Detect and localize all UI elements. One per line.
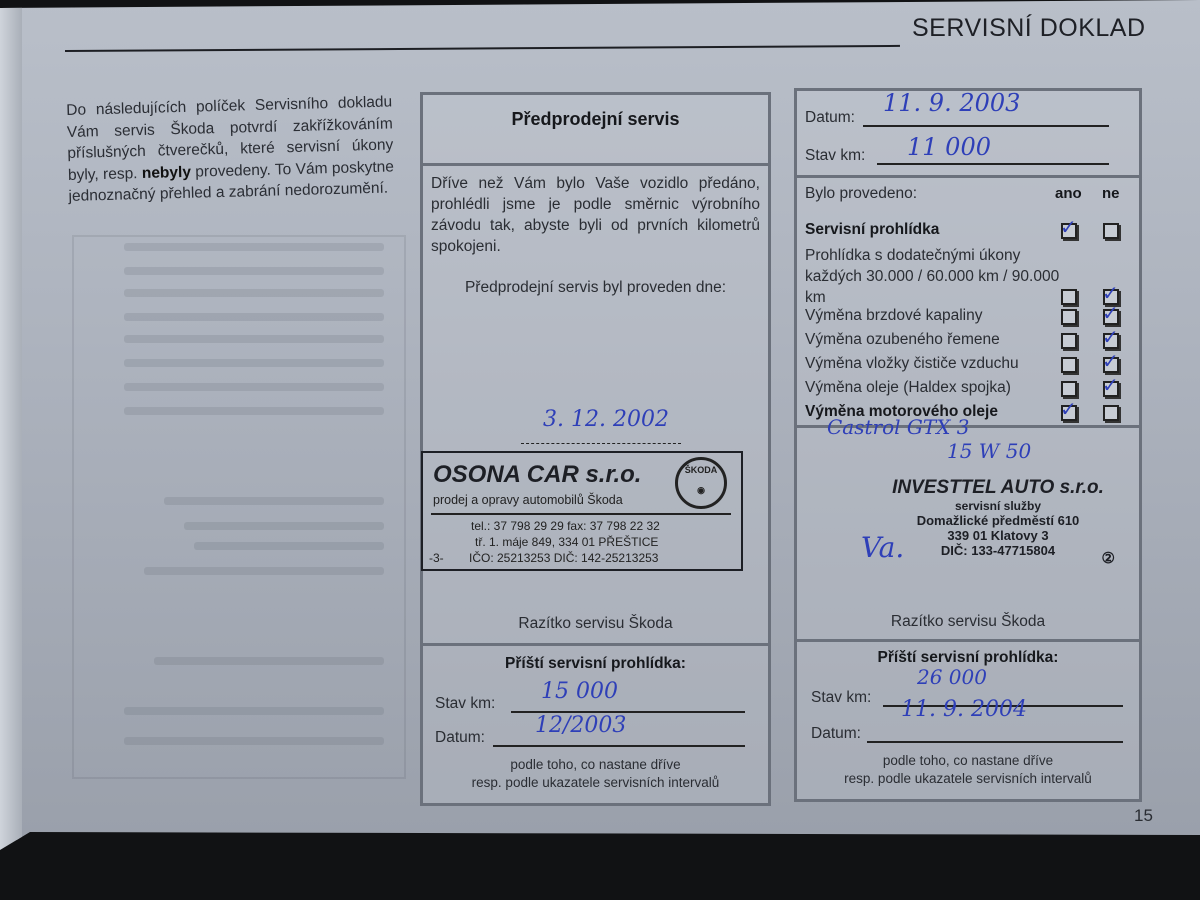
service-item-label: Výměna vložky čističe vzduchu [805, 353, 1060, 374]
servisni-panel: Datum: 11. 9. 2003 Stav km: 11 000 Bylo … [794, 88, 1142, 802]
section-title: SERVISNÍ DOKLAD [912, 14, 1146, 43]
stamp-ids: DIČ: 133-47715804 [873, 543, 1123, 558]
stamp-mark: ② [1102, 549, 1115, 567]
predprodejni-panel: Předprodejní servis Dříve než Vám bylo V… [420, 92, 771, 806]
km-label: Stav km: [805, 147, 865, 165]
checkbox-yes[interactable] [1061, 405, 1077, 421]
intro-text: Do následujících políček Servisního dokl… [66, 91, 395, 207]
column-no: ne [1102, 185, 1120, 202]
next-date-label: Datum: [435, 729, 485, 747]
checkbox-no[interactable] [1103, 333, 1119, 349]
date-value: 11. 9. 2003 [883, 89, 1020, 117]
stamp-company: OSONA CAR s.r.o. [433, 461, 641, 489]
oil-note-1: Castrol GTX 3 [827, 415, 970, 439]
checkbox-yes[interactable] [1061, 309, 1077, 325]
page-edge [0, 0, 22, 860]
stamp-address-1: Domažlické předměstí 610 [873, 513, 1123, 528]
date-label: Datum: [805, 109, 855, 127]
next-service-title: Příští servisní prohlídka: [423, 655, 768, 673]
checkbox-no[interactable] [1103, 223, 1119, 239]
checkbox-no[interactable] [1103, 381, 1119, 397]
osona-car-stamp: OSONA CAR s.r.o. prodej a opravy automob… [421, 451, 743, 571]
predprodejni-description: Dříve než Vám bylo Vaše vozidlo předáno,… [431, 173, 760, 257]
km-value: 11 000 [907, 133, 991, 161]
stamp-label: Razítko servisu Škoda [797, 613, 1139, 631]
investtel-stamp: INVESTTEL AUTO s.r.o. servisní služby Do… [873, 477, 1123, 558]
next-date-value: 12/2003 [535, 713, 626, 738]
stamp-subtitle: prodej a opravy automobilů Škoda [433, 493, 623, 507]
next-km-label: Stav km: [811, 689, 871, 707]
column-yes: ano [1055, 185, 1082, 202]
page-number: 15 [1134, 806, 1153, 826]
next-date-value: 11. 9. 2004 [901, 697, 1027, 722]
stamp-label: Razítko servisu Škoda [423, 615, 768, 633]
next-km-value: 26 000 [917, 665, 987, 689]
service-item-label: Výměna oleje (Haldex spojka) [805, 377, 1060, 398]
next-note-2: resp. podle ukazatele servisních interva… [423, 775, 768, 790]
show-through-ghost [72, 235, 406, 779]
header-rule [65, 45, 900, 52]
next-note-1: podle toho, co nastane dříve [423, 757, 768, 772]
service-item-label: Prohlídka s dodatečnými úkony každých 30… [805, 245, 1065, 308]
stamp-address-2: 339 01 Klatovy 3 [873, 528, 1123, 543]
stamp-subtitle: servisní služby [873, 499, 1123, 513]
service-item-label: Výměna brzdové kapaliny [805, 305, 1060, 326]
checkbox-yes[interactable] [1061, 223, 1077, 239]
stamp-number: -3- [429, 551, 444, 565]
booklet-page: SERVISNÍ DOKLAD Do následujících políček… [0, 0, 1200, 840]
oil-note-2: 15 W 50 [947, 439, 1031, 463]
performed-date-handwritten: 3. 12. 2002 [543, 407, 669, 432]
next-date-label: Datum: [811, 725, 861, 743]
service-item-label: Výměna ozubeného řemene [805, 329, 1060, 350]
next-km-label: Stav km: [435, 695, 495, 713]
skoda-logo-icon: ŠKODA◉ [675, 457, 727, 509]
checkbox-yes[interactable] [1061, 289, 1077, 305]
service-item-label: Servisní prohlídka [805, 219, 1060, 240]
checkbox-no[interactable] [1103, 405, 1119, 421]
next-note-2: resp. podle ukazatele servisních interva… [797, 771, 1139, 786]
next-note-1: podle toho, co nastane dříve [797, 753, 1139, 768]
stamp-address: tř. 1. máje 849, 334 01 PŘEŠTICE [475, 535, 658, 549]
checkbox-yes[interactable] [1061, 357, 1077, 373]
next-km-value: 15 000 [541, 679, 618, 704]
signature: Va. [861, 531, 904, 564]
performed-label: Předprodejní servis byl proveden dne: [423, 279, 768, 297]
intro-emphasis: nebyly [142, 163, 192, 181]
stamp-ids: IČO: 25213253 DIČ: 142-25213253 [469, 551, 658, 565]
checkbox-no[interactable] [1103, 357, 1119, 373]
checkbox-no[interactable] [1103, 309, 1119, 325]
checkbox-yes[interactable] [1061, 381, 1077, 397]
stamp-phone: tel.: 37 798 29 29 fax: 37 798 22 32 [471, 519, 660, 533]
checkbox-yes[interactable] [1061, 333, 1077, 349]
stamp-company: INVESTTEL AUTO s.r.o. [873, 477, 1123, 499]
performed-label: Bylo provedeno: [805, 185, 917, 203]
predprodejni-title: Předprodejní servis [423, 109, 768, 130]
